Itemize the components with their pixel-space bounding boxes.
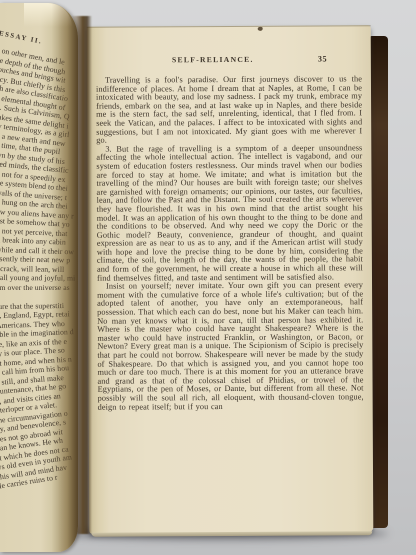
book-photo: SELF-RELIANCE. 35 Travelling is a fool's… (0, 0, 416, 555)
running-header: SELF-RELIANCE. 35 (96, 54, 362, 66)
left-page-lines: n on other men, and lehe depth of the th… (0, 45, 78, 492)
page-speck (258, 27, 263, 31)
left-page-line (0, 291, 78, 301)
left-page-content: ESSAY II. n on other men, and lehe depth… (0, 30, 78, 492)
body-text: Travelling is a fool's paradise. Our fir… (96, 75, 364, 412)
paragraph-insist-on-yourself: Insist on yourself; never imitate. Your … (97, 282, 364, 412)
right-page: SELF-RELIANCE. 35 Travelling is a fool's… (87, 25, 374, 533)
paragraph-rage-of-travelling: 3. But the rage of travelling is a sympt… (96, 144, 363, 283)
left-page: ESSAY II. n on other men, and lehe depth… (0, 3, 78, 552)
right-page-content: SELF-RELIANCE. 35 Travelling is a fool's… (96, 54, 364, 525)
paragraph-travelling: Travelling is a fool's paradise. Our fir… (96, 75, 362, 145)
chapter-title: SELF-RELIANCE. (80, 54, 346, 64)
page-number: 35 (318, 54, 327, 63)
